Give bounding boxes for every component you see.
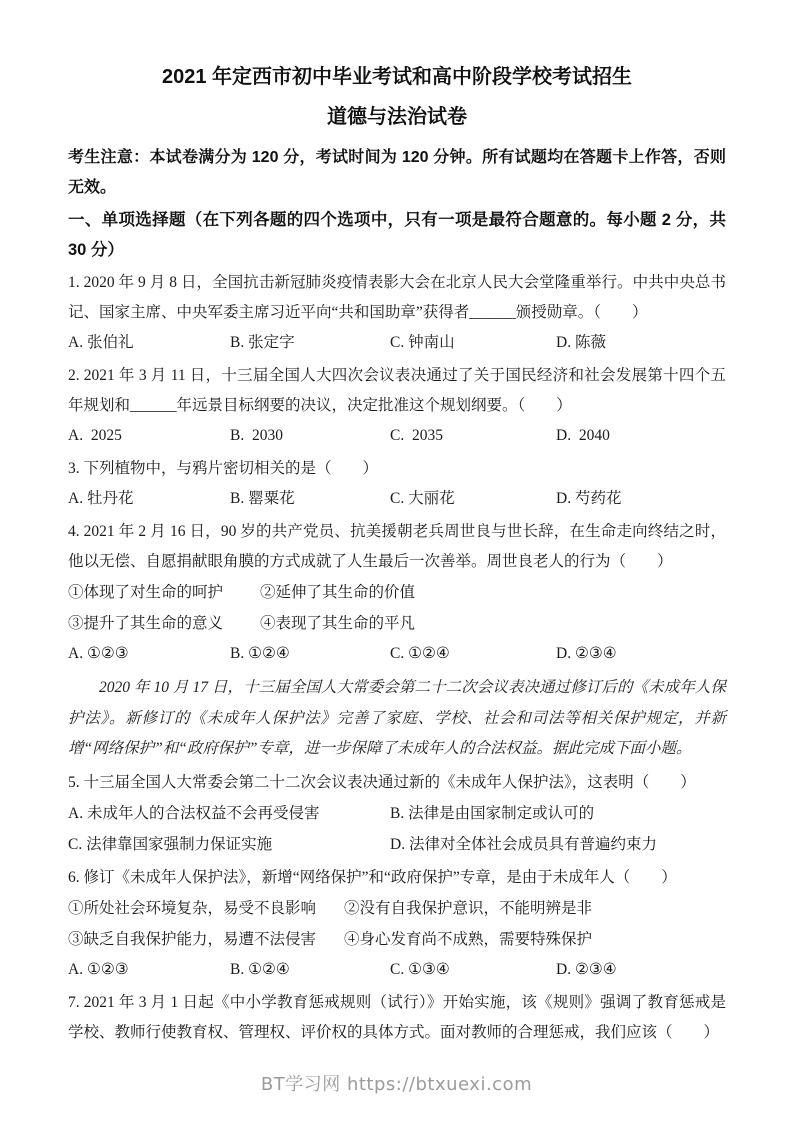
exam-content: 2021 年定西市初中毕业考试和高中阶段学校考试招生 道德与法治试卷 考生注意：… — [0, 0, 793, 1048]
question-7-text: 7. 2021 年 3 月 1 日起《中小学教育惩戒规则（试行）》开始实施，该《… — [68, 988, 726, 1048]
site-watermark-link[interactable]: https://btxuexi.com — [347, 1074, 532, 1095]
question-5-option-c: C. 法律靠国家强制力保证实施 — [68, 829, 390, 860]
question-3: 3. 下列植物中，与鸦片密切相关的是（ ） A. 牡丹花 B. 罂粟花 C. 大… — [68, 454, 726, 514]
site-watermark: BT学习网 https://btxuexi.com — [0, 1070, 793, 1096]
doc-title-line2: 道德与法治试卷 — [68, 104, 726, 131]
reading-passage: 2020 年 10 月 17 日，十三届全国人大常委会第二十二次会议表决通过修订… — [68, 673, 726, 765]
question-6-text: 6. 修订《未成年人保护法》，新增“网络保护”和“政府保护”专章，是由于未成年人… — [68, 863, 726, 893]
question-1: 1. 2020 年 9 月 8 日，全国抗击新冠肺炎疫情表影大会在北京人民大会堂… — [68, 268, 726, 358]
question-2-option-d: D. 2040 — [556, 421, 726, 451]
question-5-option-d: D. 法律对全体社会成员具有普遍约束力 — [390, 829, 726, 860]
question-6-options: A. ①②③ B. ①②④ C. ①③④ D. ②③④ — [68, 955, 726, 985]
question-3-option-b: B. 罂粟花 — [230, 484, 390, 514]
question-6-statement-4: ④身心发育尚不成熟，需要特殊保护 — [344, 924, 726, 955]
question-2-option-c: C. 2035 — [390, 421, 556, 451]
question-4-option-a: A. ①②③ — [68, 639, 230, 669]
question-6-option-d: D. ②③④ — [556, 955, 726, 985]
question-3-option-a: A. 牡丹花 — [68, 484, 230, 514]
question-6-statement-1: ①所处社会环境复杂，易受不良影响 — [68, 893, 344, 924]
question-4-option-d: D. ②③④ — [556, 639, 726, 669]
question-1-option-b: B. 张定字 — [230, 328, 390, 358]
exam-paper-page: 2021 年定西市初中毕业考试和高中阶段学校考试招生 道德与法治试卷 考生注意：… — [0, 0, 793, 1122]
question-1-option-d: D. 陈薇 — [556, 328, 726, 358]
question-4-statements: ①体现了对生命的呵护 ②延伸了其生命的价值 ③提升了其生命的意义 ④表现了其生命… — [68, 577, 726, 639]
question-6-option-a: A. ①②③ — [68, 955, 230, 985]
question-6-statement-2: ②没有自我保护意识，不能明辨是非 — [344, 893, 726, 924]
question-6: 6. 修订《未成年人保护法》，新增“网络保护”和“政府保护”专章，是由于未成年人… — [68, 863, 726, 985]
question-3-option-c: C. 大丽花 — [390, 484, 556, 514]
question-7: 7. 2021 年 3 月 1 日起《中小学教育惩戒规则（试行）》开始实施，该《… — [68, 988, 726, 1048]
question-2-option-b: B. 2030 — [230, 421, 390, 451]
question-4-option-c: C. ①②④ — [390, 639, 556, 669]
question-6-statement-3: ③缺乏自我保护能力，易遭不法侵害 — [68, 924, 344, 955]
question-4-options: A. ①②③ B. ①②④ C. ①②④ D. ②③④ — [68, 639, 726, 669]
question-5: 5. 十三届全国人大常委会第二十二次会议表决通过新的《未成年人保护法》，这表明（… — [68, 768, 726, 860]
question-4-statement-3: ③提升了其生命的意义 — [68, 608, 260, 639]
question-4-text: 4. 2021 年 2 月 16 日，90 岁的共产党员、抗美援朝老兵周世良与世… — [68, 517, 726, 577]
question-3-text: 3. 下列植物中，与鸦片密切相关的是（ ） — [68, 454, 726, 484]
section-1-heading: 一、单项选择题（在下列各题的四个选项中，只有一项是最符合题意的。每小题 2 分，… — [68, 205, 726, 265]
question-1-option-a: A. 张伯礼 — [68, 328, 230, 358]
question-5-option-a: A. 未成年人的合法权益不会再受侵害 — [68, 798, 390, 829]
question-1-text: 1. 2020 年 9 月 8 日，全国抗击新冠肺炎疫情表影大会在北京人民大会堂… — [68, 268, 726, 328]
question-4-statement-2: ②延伸了其生命的价值 — [260, 577, 726, 608]
question-2: 2. 2021 年 3 月 11 日，十三届全国人大四次会议表决通过了关于国民经… — [68, 361, 726, 451]
question-2-options: A. 2025 B. 2030 C. 2035 D. 2040 — [68, 421, 726, 451]
question-6-option-c: C. ①③④ — [390, 955, 556, 985]
question-2-option-a: A. 2025 — [68, 421, 230, 451]
question-3-options: A. 牡丹花 B. 罂粟花 C. 大丽花 D. 芍药花 — [68, 484, 726, 514]
question-1-option-c: C. 钟南山 — [390, 328, 556, 358]
question-1-options: A. 张伯礼 B. 张定字 C. 钟南山 D. 陈薇 — [68, 328, 726, 358]
candidate-notice: 考生注意：本试卷满分为 120 分，考试时间为 120 分钟。所有试题均在答题卡… — [68, 143, 726, 203]
question-4-statement-4: ④表现了其生命的平凡 — [260, 608, 726, 639]
question-6-statements: ①所处社会环境复杂，易受不良影响 ②没有自我保护意识，不能明辨是非 ③缺乏自我保… — [68, 893, 726, 955]
question-2-text: 2. 2021 年 3 月 11 日，十三届全国人大四次会议表决通过了关于国民经… — [68, 361, 726, 421]
site-watermark-label: BT学习网 — [261, 1074, 341, 1095]
question-6-option-b: B. ①②④ — [230, 955, 390, 985]
question-3-option-d: D. 芍药花 — [556, 484, 726, 514]
question-4-option-b: B. ①②④ — [230, 639, 390, 669]
question-5-text: 5. 十三届全国人大常委会第二十二次会议表决通过新的《未成年人保护法》，这表明（… — [68, 768, 726, 798]
doc-title-line1: 2021 年定西市初中毕业考试和高中阶段学校考试招生 — [68, 64, 726, 91]
question-5-options: A. 未成年人的合法权益不会再受侵害 B. 法律是由国家制定或认可的 C. 法律… — [68, 798, 726, 860]
question-4: 4. 2021 年 2 月 16 日，90 岁的共产党员、抗美援朝老兵周世良与世… — [68, 517, 726, 669]
question-4-statement-1: ①体现了对生命的呵护 — [68, 577, 260, 608]
question-5-option-b: B. 法律是由国家制定或认可的 — [390, 798, 726, 829]
